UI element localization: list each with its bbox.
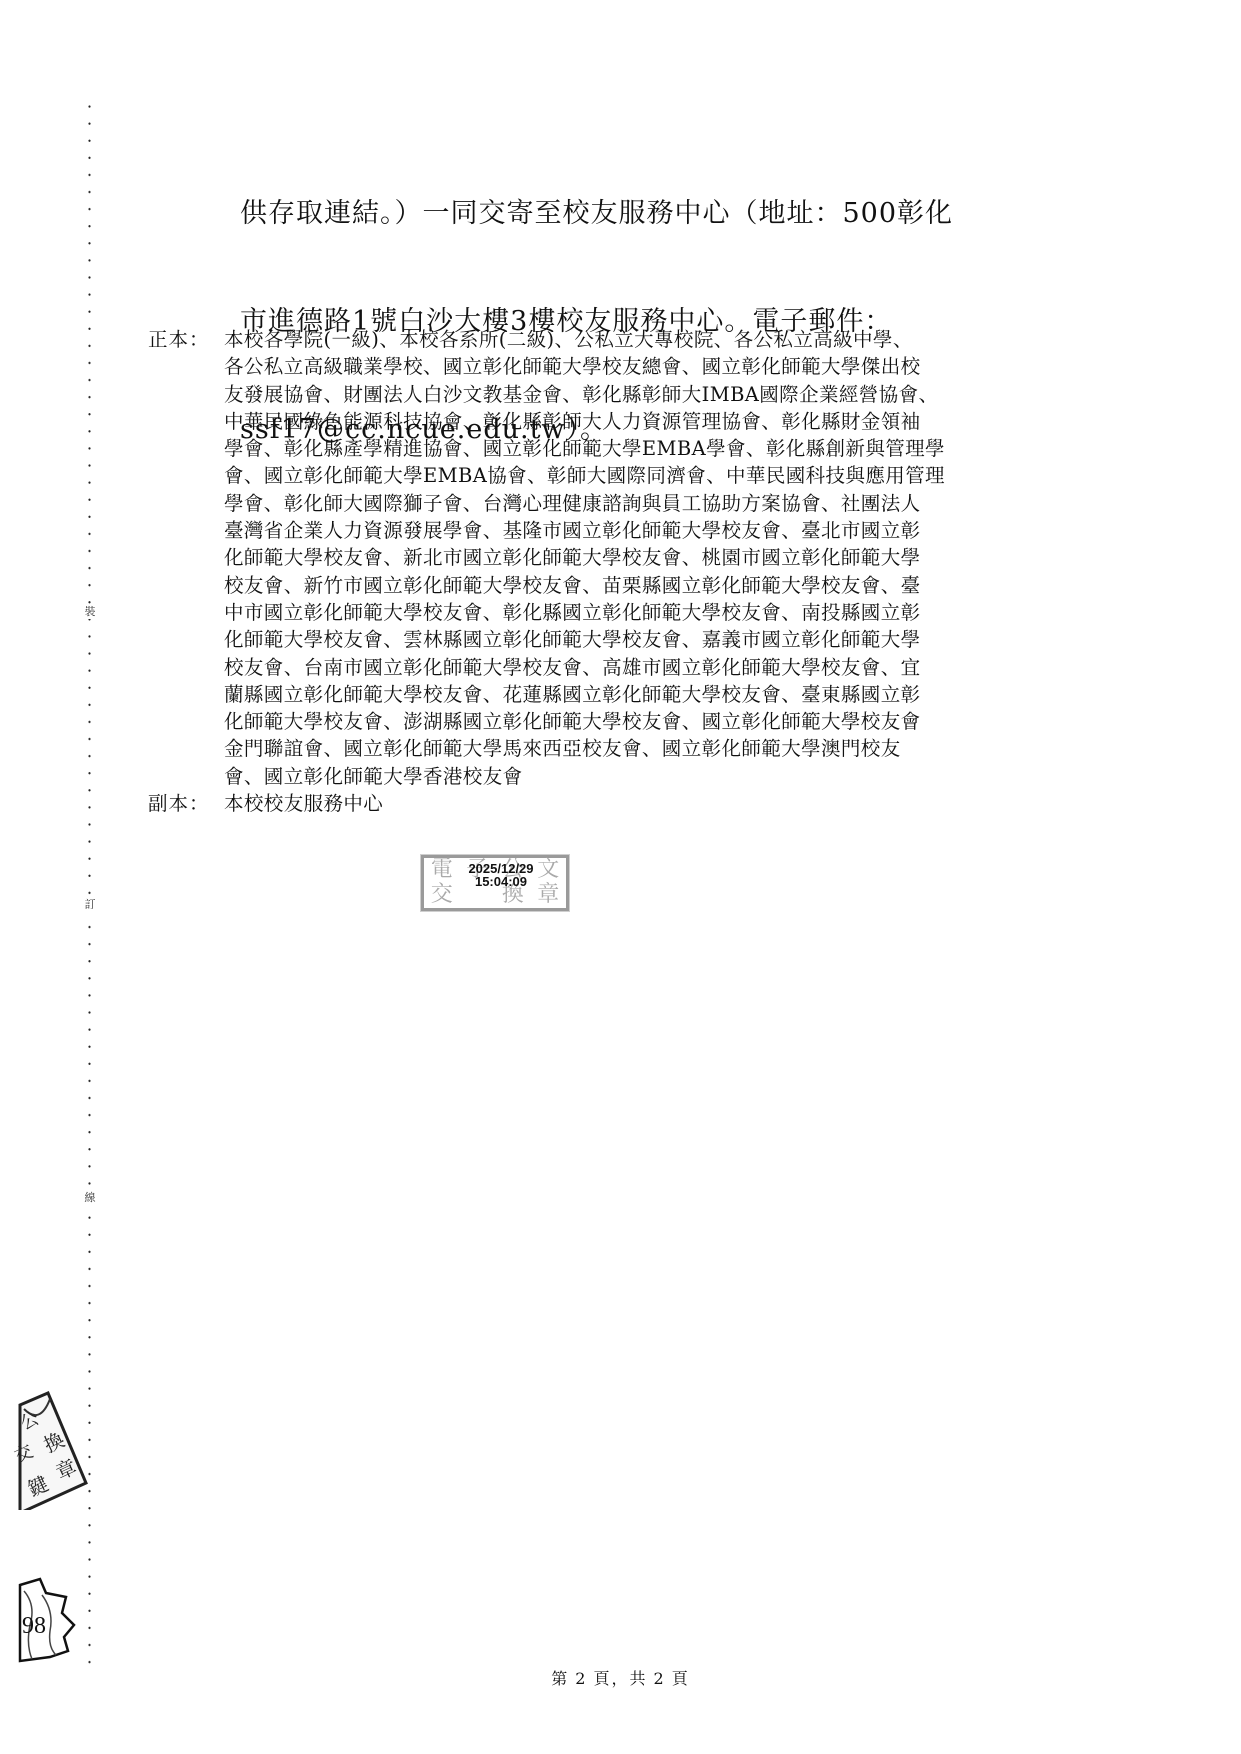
current-page-number: 2 xyxy=(575,1669,587,1688)
stamp-time: 15:04:09 xyxy=(446,875,556,888)
recipient-line: 中市國立彰化師範大學校友會、彰化縣國立彰化師範大學校友會、南投縣國立彰 xyxy=(224,599,945,626)
recipient-line: 金門聯誼會、國立彰化師範大學馬來西亞校友會、國立彰化師範大學澳門校友 xyxy=(224,735,945,762)
seal-number-icon: 98 xyxy=(10,1575,80,1665)
recipient-line: 會、國立彰化師範大學EMBA協會、彰師大國際同濟會、中華民國科技與應用管理 xyxy=(224,462,945,489)
total-page-number: 2 xyxy=(654,1669,666,1688)
recipient-line: 學會、彰化縣產學精進協會、國立彰化師範大學EMBA學會、彰化縣創新與管理學 xyxy=(224,435,945,462)
recipient-line: 校友會、新竹市國立彰化師範大學校友會、苗栗縣國立彰化師範大學校友會、臺 xyxy=(224,572,945,599)
recipient-line: 臺灣省企業人力資源發展學會、基隆市國立彰化師範大學校友會、臺北市國立彰 xyxy=(224,517,945,544)
exchange-stamp: 電 子 公 文 交 換 章 2025/12/29 15:04:09 xyxy=(421,855,569,911)
recipient-line: 蘭縣國立彰化師範大學校友會、花蓮縣國立彰化師範大學校友會、臺東縣國立彰 xyxy=(224,681,945,708)
copy-recipients: 副本： 本校校友服務中心 xyxy=(148,790,1098,817)
recipient-line: 化師範大學校友會、新北市國立彰化師範大學校友會、桃園市國立彰化師範大學 xyxy=(224,544,945,571)
recipient-line: 各公私立高級職業學校、國立彰化師範大學校友總會、國立彰化師範大學傑出校 xyxy=(224,353,945,380)
binding-label-xian: 線 xyxy=(83,1191,97,1205)
original-label: 正本： xyxy=(148,326,224,790)
original-recipients: 正本： 本校各學院(一級)、本校各系所(二級)、公私立大專校院、各公私立高級中學… xyxy=(148,326,1098,790)
copy-recipient-list: 本校校友服務中心 xyxy=(224,790,383,817)
stamp-datetime: 2025/12/29 15:04:09 xyxy=(446,862,556,888)
recipient-line: 本校各學院(一級)、本校各系所(二級)、公私立大專校院、各公私立高級中學、 xyxy=(224,326,945,353)
recipient-line: 校友會、台南市國立彰化師範大學校友會、高雄市國立彰化師範大學校友會、宜 xyxy=(224,654,945,681)
recipient-line: 化師範大學校友會、澎湖縣國立彰化師範大學校友會、國立彰化師範大學校友會 xyxy=(224,708,945,735)
svg-text:98: 98 xyxy=(22,1613,46,1639)
official-seal-icon: 公 換 章 交 鍵 xyxy=(10,1385,90,1510)
binding-label-ding: 訂 xyxy=(83,898,97,912)
footer-suffix: 頁 xyxy=(672,1669,690,1688)
recipient-line: 友發展協會、財團法人白沙文教基金會、彰化縣彰師大IMBA國際企業經營協會、 xyxy=(224,381,945,408)
recipient-line: 會、國立彰化師範大學香港校友會 xyxy=(224,763,945,790)
copy-label: 副本： xyxy=(148,790,224,817)
footer-page-unit: 頁，共 xyxy=(593,1669,647,1688)
binding-label-zhuang: 裝 xyxy=(83,605,97,619)
distribution-block: 正本： 本校各學院(一級)、本校各系所(二級)、公私立大專校院、各公私立高級中學… xyxy=(148,326,1098,817)
footer-prefix: 第 xyxy=(551,1669,569,1688)
original-recipient-list: 本校各學院(一級)、本校各系所(二級)、公私立大專校院、各公私立高級中學、 各公… xyxy=(224,326,945,790)
body-line: 供存取連結。）一同交寄至校友服務中心（地址：500彰化 xyxy=(240,187,1100,241)
page-footer: 第2頁，共2頁 xyxy=(0,1666,1241,1689)
recipient-line: 中華民國綠色能源科技協會、彰化縣彰師大人力資源管理協會、彰化縣財金領袖 xyxy=(224,408,945,435)
recipient-line: 化師範大學校友會、雲林縣國立彰化師範大學校友會、嘉義市國立彰化師範大學 xyxy=(224,626,945,653)
recipient-line: 學會、彰化師大國際獅子會、台灣心理健康諮詢與員工協助方案協會、社團法人 xyxy=(224,490,945,517)
copy-recipient: 本校校友服務中心 xyxy=(224,790,383,817)
